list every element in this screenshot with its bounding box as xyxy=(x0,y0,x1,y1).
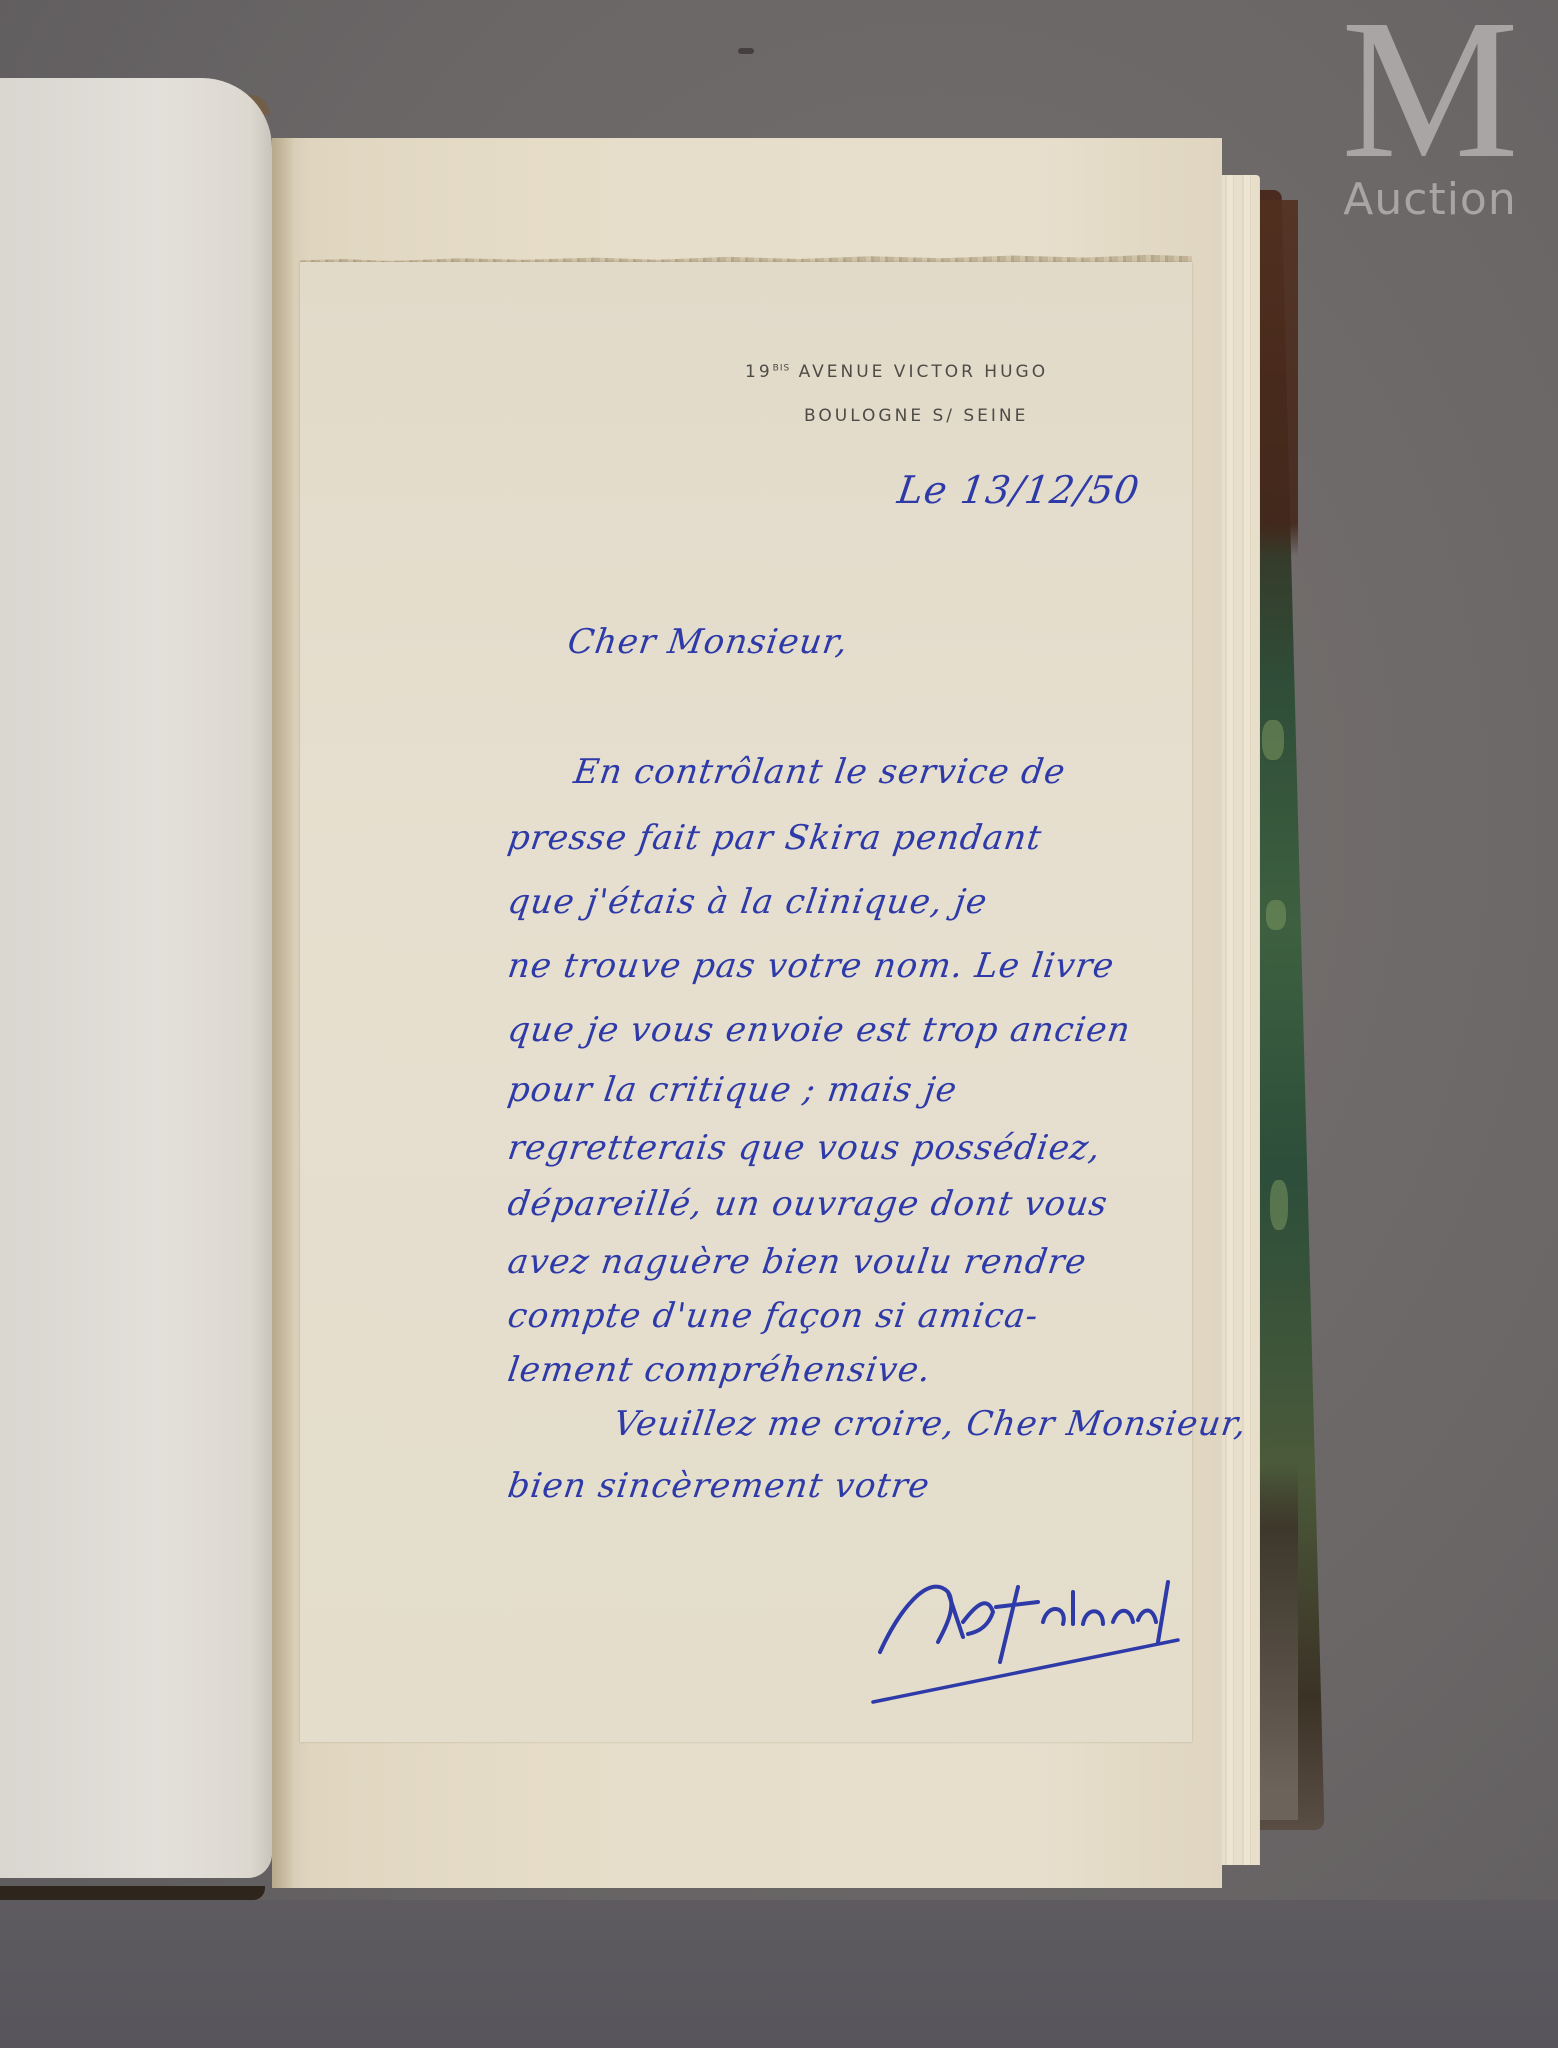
letter-line: pour la critique ; mais je xyxy=(505,1070,960,1110)
letter-line: compte d'une façon si amica- xyxy=(505,1296,1041,1336)
letter-salutation: Cher Monsieur, xyxy=(565,622,851,662)
signature-malraux: A. Malraux xyxy=(868,1552,1228,1712)
logo-text: Auction xyxy=(1320,174,1540,225)
letter-line: presse fait par Skira pendant xyxy=(505,818,1044,858)
letter-line: dépareillé, un ouvrage dont vous xyxy=(505,1184,1110,1224)
marble-pattern xyxy=(1266,900,1286,930)
front-cover-edge xyxy=(0,1886,265,1900)
letter-line: que je vous envoie est trop ancien xyxy=(505,1010,1133,1050)
letter-line: ne trouve pas votre nom. Le livre xyxy=(505,946,1117,986)
street-name: AVENUE VICTOR HUGO xyxy=(799,362,1049,382)
street-number-suffix: BIS xyxy=(773,363,791,373)
letter-line: En contrôlant le service de xyxy=(571,752,1068,792)
table-surface xyxy=(0,1900,1558,2048)
letter-line: lement compréhensive. xyxy=(505,1350,934,1390)
letter-line: que j'étais à la clinique, je xyxy=(505,882,990,922)
marble-pattern xyxy=(1262,720,1284,760)
dust-speck xyxy=(738,48,754,54)
letter-closing: Veuillez me croire, Cher Monsieur, xyxy=(611,1404,1249,1444)
left-flyleaf-page xyxy=(0,78,272,1878)
letter-line: avez naguère bien voulu rendre xyxy=(505,1242,1089,1282)
letter-date: Le 13/12/50 xyxy=(895,468,1143,512)
letterhead-city: BOULOGNE S/ SEINE xyxy=(804,406,1028,426)
letter-closing: bien sincèrement votre xyxy=(505,1466,932,1506)
marble-pattern xyxy=(1270,1180,1288,1230)
letterhead-address: 19BIS AVENUE VICTOR HUGO xyxy=(745,362,1048,382)
m-auction-logo: M Auction xyxy=(1320,10,1540,225)
logo-letter: M xyxy=(1320,10,1540,170)
page-gutter xyxy=(272,138,294,1888)
street-number: 19 xyxy=(745,362,773,382)
letter-line: regretterais que vous possédiez, xyxy=(505,1128,1103,1168)
